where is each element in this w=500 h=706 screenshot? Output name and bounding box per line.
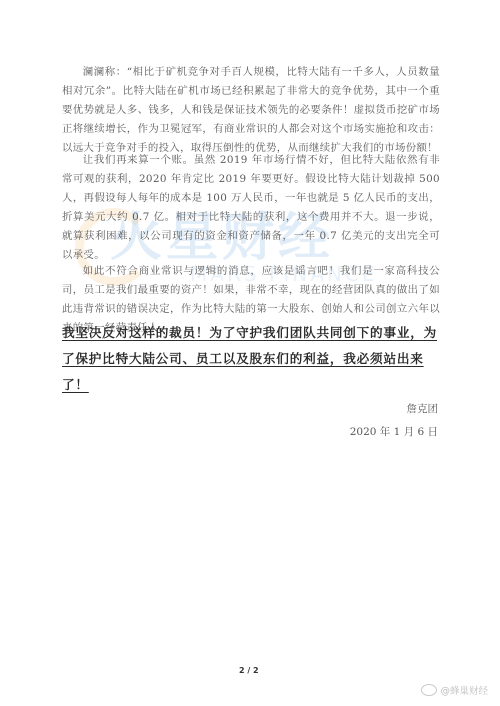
paragraph-1: 澜澜称：“相比于矿机竞争对手百人规模，比特大陆有一千多人，人员数量相对冗余”。比…: [62, 63, 440, 158]
document-page: 火星财经 MARS FINANCE 澜澜称：“相比于矿机竞争对手百人规模，比特大…: [0, 0, 500, 706]
weibo-icon: [421, 684, 437, 696]
page-number: 2 / 2: [239, 666, 259, 675]
emphasized-statement: 我坚决反对这样的裁员！为了守护我们团队共同创下的事业，为了保护比特大陆公司、员工…: [62, 320, 442, 398]
weibo-watermark: @蜂巢财经: [421, 683, 488, 697]
signature: 詹克团: [407, 401, 439, 416]
weibo-handle: @蜂巢财经: [440, 683, 488, 697]
signature-date: 2020 年 1 月 6 日: [350, 424, 438, 439]
paragraph-2: 让我们再来算一个账。虽然 2019 年市场行情不好，但比特大陆依然有非常可观的获…: [62, 151, 440, 265]
